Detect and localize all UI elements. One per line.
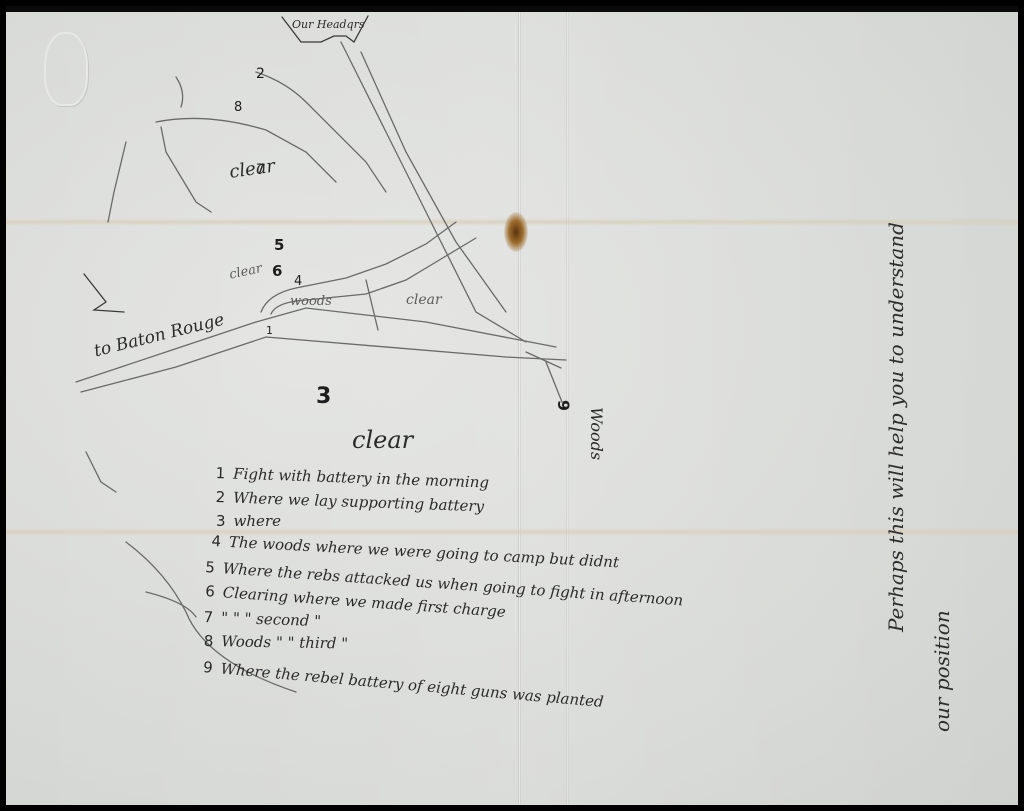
margin-note-line-1: Perhaps this will help you to understand [884, 222, 908, 632]
legend-item: 8Woods " " third " [204, 632, 349, 653]
map-number-7: 7 [256, 162, 265, 178]
map-label-clear-right: clear [406, 292, 442, 308]
map-number-8: 8 [234, 100, 242, 115]
letter-page: Our Headqrs to Baton Rouge woods clear c… [6, 6, 1018, 805]
margin-note-line-2: our position [930, 610, 954, 732]
map-label-headquarters: Our Headqrs [292, 18, 365, 31]
map-number-6: 6 [272, 262, 282, 280]
map-number-3: 3 [316, 384, 331, 409]
map-label-clear-center: clear [352, 426, 413, 454]
map-number-5: 5 [274, 236, 284, 254]
map-number-1: 1 [266, 324, 273, 337]
map-number-2: 2 [256, 66, 265, 82]
map-number-9: 9 [554, 400, 573, 411]
map-label-woods-right: Woods [587, 407, 606, 460]
map-label-woods: woods [290, 294, 332, 309]
map-number-4: 4 [294, 274, 302, 289]
legend-item: 3where [216, 512, 281, 530]
